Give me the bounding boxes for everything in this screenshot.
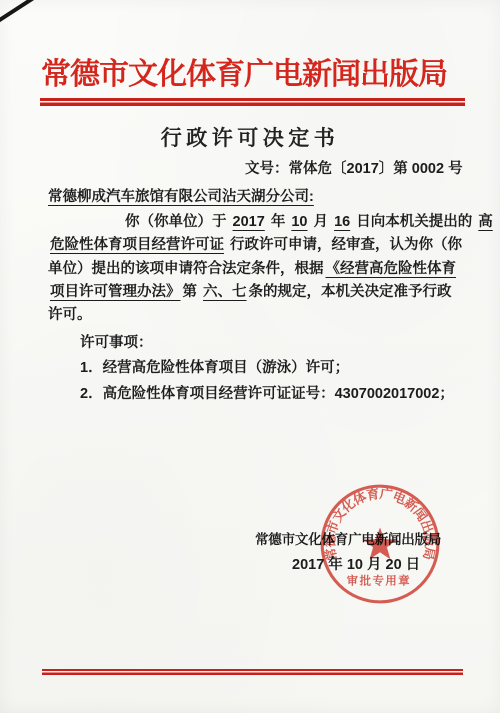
text-run: 月	[310, 214, 333, 230]
addressee-name: 常德柳成汽车旅馆有限公司沾天湖分公司:	[48, 185, 314, 206]
text-run: 你（你单位）于	[125, 214, 231, 230]
document-number: 文号：常体危〔2017〕第 0002 号	[245, 157, 463, 178]
signature-date: 2017 年 10 月 20 日	[292, 553, 420, 574]
decision-paragraph: 你（你单位）于 2017 年 10 月 16 日向本机关提出的 高 危险性体育项…	[48, 211, 468, 327]
underlined-text: 《经营高危险性体育	[324, 261, 459, 277]
permit-section: 许可事项： 1．经营高危险性体育项目（游泳）许可； 2．高危险性体育项目经营许可…	[80, 331, 454, 407]
paragraph-line: 许可。	[48, 304, 468, 327]
underlined-text: 六、七	[201, 284, 249, 300]
text-run: 条的规定，本机关决定准予行政	[249, 284, 452, 300]
text-run: 第	[183, 284, 202, 300]
paragraph-line: 项目许可管理办法》第 六、七条的规定，本机关决定准予行政	[48, 281, 468, 304]
underlined-text: 项目许可管理办法》	[48, 284, 183, 300]
underlined-text: 高	[476, 214, 495, 230]
header-divider-line	[40, 98, 465, 106]
paragraph-line: 单位）提出的该项申请符合法定条件，根据《经营高危险性体育	[48, 258, 468, 281]
underlined-text: 16	[332, 214, 352, 230]
permit-item: 1．经营高危险性体育项目（游泳）许可；	[80, 356, 454, 381]
text-run: 年	[267, 214, 290, 230]
seal-bottom-text: 审批专用章	[347, 573, 412, 587]
signature-agency: 常德市文化体育广电新闻出版局	[255, 528, 441, 548]
underlined-text: 2017	[231, 214, 267, 230]
agency-header: 常德市文化体育广电新闻出版局	[0, 49, 488, 93]
permit-item: 2．高危险性体育项目经营许可证证号：4307002017002；	[80, 382, 454, 407]
permit-section-title: 许可事项：	[80, 331, 454, 356]
underlined-text: 10	[289, 214, 309, 230]
underlined-text: 危险性体育项目经营许可证	[48, 237, 226, 253]
document-title: 行政许可决定书	[0, 122, 500, 152]
text-run: 日向本机关提出的	[352, 214, 476, 230]
scan-corner-artifact	[0, 0, 35, 24]
paragraph-line: 危险性体育项目经营许可证 行政许可申请，经审查，认为你（你	[48, 234, 468, 257]
seal-ring-text: 常德市文化体育广电新闻出版局	[322, 486, 438, 562]
document-page: 常德市文化体育广电新闻出版局 行政许可决定书 文号：常体危〔2017〕第 000…	[0, 0, 500, 713]
text-run: 单位）提出的该项申请符合法定条件，根据	[48, 261, 324, 277]
paragraph-line: 你（你单位）于 2017 年 10 月 16 日向本机关提出的 高	[48, 211, 468, 234]
text-run: 行政许可申请，经审查，认为你（你	[226, 237, 462, 253]
footer-divider-line	[42, 669, 463, 675]
text-run: 许可。	[48, 307, 92, 323]
